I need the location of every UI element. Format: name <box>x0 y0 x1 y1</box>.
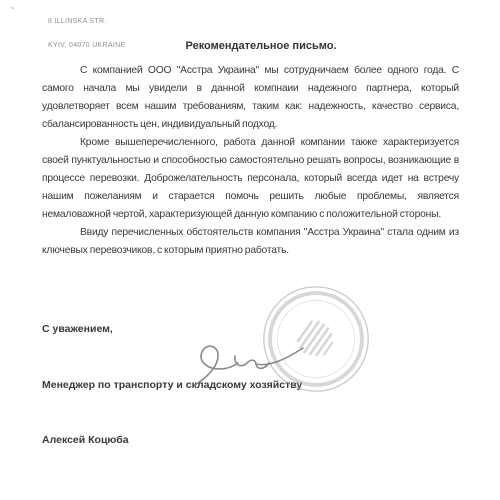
letter-title: Рекомендательное письмо. <box>0 40 500 52</box>
scanned-letter-page: 8 ILLINSKA STR. KYIV, 04070 UKRAINE Реко… <box>0 0 500 500</box>
scan-speck-artifact <box>11 6 15 9</box>
paragraph-3: Ввиду перечисленных обстоятельств компан… <box>42 224 459 260</box>
paragraph-2: Кроме вышеперечисленного, работа данной … <box>42 134 459 224</box>
paragraph-1: С компанией ООО "Асстра Украина" мы сотр… <box>42 62 459 134</box>
closing-name: Алексей Коцюба <box>42 431 302 450</box>
letterhead-address: 8 ILLINSKA STR. KYIV, 04070 UKRAINE <box>48 2 125 66</box>
letter-body: С компанией ООО "Асстра Украина" мы сотр… <box>42 62 459 260</box>
handwritten-signature-icon <box>185 330 315 400</box>
address-line-1: 8 ILLINSKA STR. <box>48 18 125 26</box>
